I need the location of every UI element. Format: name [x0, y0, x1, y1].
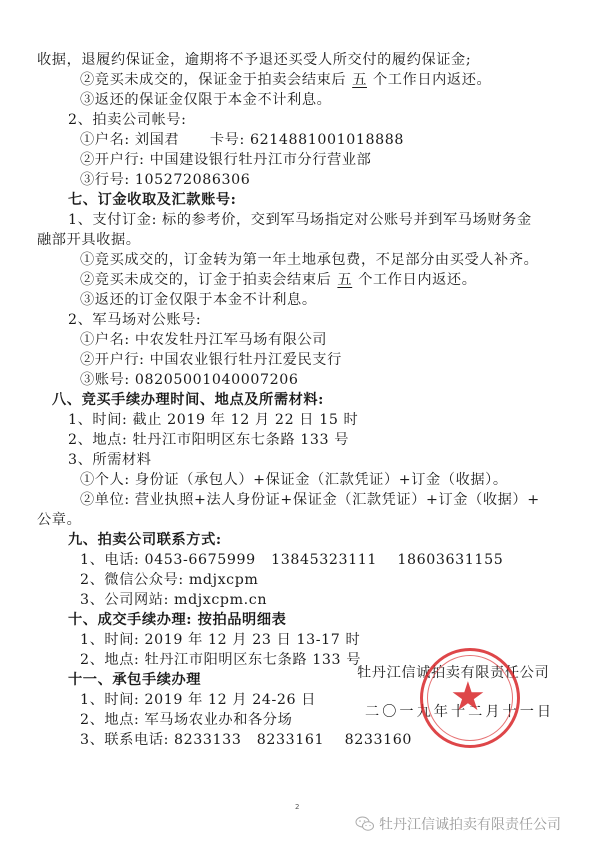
- text-line: ②竞买未成交的，保证金于拍卖会结束后五个工作日内返还。: [80, 70, 491, 90]
- text-line: 十、成交手续办理: 按拍品明细表: [68, 610, 286, 630]
- text-segment: ②竞买未成交的，保证金于拍卖会结束后: [80, 72, 346, 88]
- text-line: ①户名: 刘国君 卡号: 6214881001018888: [80, 130, 404, 150]
- text-line: 1、支付订金: 标的参考价，交到军马场指定对公账号并到军马场财务金: [68, 210, 532, 230]
- text-segment: 个工作日内返还。: [373, 72, 491, 88]
- text-line: ②单位: 营业执照+法人身份证+保证金（汇款凭证）+订金（收据）+: [80, 490, 540, 510]
- text-line: 2、拍卖公司帐号:: [68, 110, 187, 130]
- text-line: 公章。: [37, 510, 81, 530]
- text-line: 收据，退履约保证金，逾期将不予退还买受人所交付的履约保证金;: [37, 50, 471, 70]
- text-line: 九、拍卖公司联系方式:: [68, 530, 222, 550]
- text-line: 1、电话: 0453-6675999 13845323111 186036311…: [80, 550, 503, 570]
- company-seal: ★: [420, 648, 520, 748]
- text-line: 融部开具收据。: [37, 230, 141, 250]
- text-line: 2、地点: 牡丹江市阳明区东七条路 133 号: [68, 430, 349, 450]
- text-line: ③行号: 105272086306: [80, 170, 250, 190]
- text-line: 2、军马场对公账号:: [68, 310, 201, 330]
- seal-star-icon: ★: [450, 677, 486, 717]
- watermark-text: 牡丹江信诚拍卖有限责任公司: [379, 814, 561, 834]
- text-line: 2、地点: 牡丹江市阳明区东七条路 133 号: [80, 650, 361, 670]
- text-line: 1、时间: 截止 2019 年 12 月 22 日 15 时: [68, 410, 358, 430]
- text-line: 3、联系电话: 8233133 8233161 8233160: [80, 730, 412, 750]
- text-line: 七、订金收取及汇款账号:: [68, 190, 237, 210]
- text-line: 1、时间: 2019 年 12 月 24-26 日: [80, 690, 316, 710]
- underlined-value: 五: [331, 272, 358, 288]
- wechat-watermark: 牡丹江信诚拍卖有限责任公司: [355, 814, 561, 834]
- text-segment: ②竞买未成交的，订金于拍卖会结束后: [80, 272, 331, 288]
- page-number: 2: [295, 803, 299, 811]
- text-line: ②开户行: 中国农业银行牡丹江爱民支行: [80, 350, 342, 370]
- text-line: ③账号: 08205001040007206: [80, 370, 299, 390]
- text-line: 3、所需材料: [68, 450, 152, 470]
- text-line: ②竞买未成交的，订金于拍卖会结束后五个工作日内返还。: [80, 270, 477, 290]
- text-line: 3、公司网站: mdjxcpm.cn: [80, 590, 267, 610]
- text-line: ③返还的保证金仅限于本金不计利息。: [80, 90, 331, 110]
- text-segment: 个工作日内返还。: [358, 272, 476, 288]
- text-line: 2、地点: 军马场农业办和各分场: [80, 710, 292, 730]
- text-line: 1、时间: 2019 年 12 月 23 日 13-17 时: [80, 630, 360, 650]
- wechat-icon: [355, 816, 375, 832]
- text-line: ①竞买成交的，订金转为第一年土地承包费，不足部分由买受人补齐。: [80, 250, 538, 270]
- text-line: 十一、承包手续办理: [68, 670, 201, 690]
- text-line: 2、微信公众号: mdjxcpm: [80, 570, 258, 590]
- text-line: ②开户行: 中国建设银行牡丹江市分行营业部: [80, 150, 371, 170]
- underlined-value: 五: [346, 72, 373, 88]
- text-line: ①个人: 身份证（承包人）+保证金（汇款凭证）+订金（收据）。: [80, 470, 508, 490]
- text-line: 八、竞买手续办理时间、地点及所需材料:: [52, 390, 324, 410]
- text-line: ①户名: 中农发牡丹江军马场有限公司: [80, 330, 327, 350]
- text-line: ③返还的订金仅限于本金不计利息。: [80, 290, 317, 310]
